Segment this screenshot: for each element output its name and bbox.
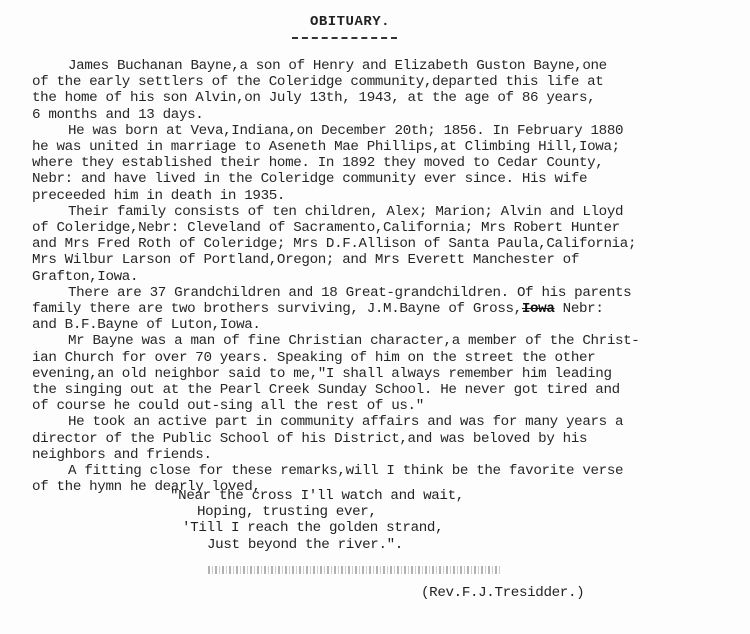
text-line: evening,an old neighbor said to me,"I sh… <box>32 366 732 382</box>
text-line: of course he could out-sing all the rest… <box>32 398 732 414</box>
text-segment: family there are two brothers surviving,… <box>32 301 522 317</box>
paragraph-4: There are 37 Grandchildren and 18 Great-… <box>32 285 732 334</box>
obituary-body: James Buchanan Bayne,a son of Henry and … <box>32 58 732 495</box>
text-line: family there are two brothers surviving,… <box>32 301 732 317</box>
text-line: 6 months and 13 days. <box>32 107 732 123</box>
text-line: ian Church for over 70 years. Speaking o… <box>32 350 732 366</box>
hymn-verse: "Near the cross I'll watch and wait, Hop… <box>0 488 750 553</box>
text-line: of the early settlers of the Coleridge c… <box>32 74 732 90</box>
text-line: and B.F.Bayne of Luton,Iowa. <box>32 317 732 333</box>
paragraph-6: He took an active part in community affa… <box>32 414 732 463</box>
text-line: James Buchanan Bayne,a son of Henry and … <box>32 58 732 74</box>
title-underline <box>292 37 397 39</box>
text-line: Mrs Wilbur Larson of Portland,Oregon; an… <box>32 252 732 268</box>
text-line: Their family consists of ten children, A… <box>32 204 732 220</box>
verse-line: 'Till I reach the golden strand, <box>0 520 750 536</box>
verse-line: "Near the cross I'll watch and wait, <box>0 488 750 504</box>
verse-line: Just beyond the river.". <box>0 537 750 553</box>
text-line: director of the Public School of his Dis… <box>32 431 732 447</box>
text-line: A fitting close for these remarks,will I… <box>32 463 732 479</box>
text-line: of Coleridge,Nebr: Cleveland of Sacramen… <box>32 220 732 236</box>
text-line: Nebr: and have lived in the Coleridge co… <box>32 171 732 187</box>
text-line: Mr Bayne was a man of fine Christian cha… <box>32 333 732 349</box>
paragraph-1: James Buchanan Bayne,a son of Henry and … <box>32 58 732 123</box>
text-line: he was united in marriage to Aseneth Mae… <box>32 139 732 155</box>
paragraph-2: He was born at Veva,Indiana,on December … <box>32 123 732 204</box>
struck-out-word: Iowa <box>522 301 555 317</box>
text-line: and Mrs Fred Roth of Coleridge; Mrs D.F.… <box>32 236 732 252</box>
text-line: preceeded him in death in 1935. <box>32 188 732 204</box>
text-line: There are 37 Grandchildren and 18 Great-… <box>32 285 732 301</box>
paragraph-5: Mr Bayne was a man of fine Christian cha… <box>32 333 732 414</box>
text-line: neighbors and friends. <box>32 447 732 463</box>
text-line: where they established their home. In 18… <box>32 155 732 171</box>
document-title: OBITUARY. <box>0 14 700 30</box>
verse-line: Hoping, trusting ever, <box>0 504 750 520</box>
paragraph-3: Their family consists of ten children, A… <box>32 204 732 285</box>
typed-divider-line <box>208 566 500 574</box>
text-segment: Nebr: <box>555 301 604 317</box>
text-line: the singing out at the Pearl Creek Sunda… <box>32 382 732 398</box>
text-line: Grafton,Iowa. <box>32 269 732 285</box>
text-line: the home of his son Alvin,on July 13th, … <box>32 90 732 106</box>
signature: (Rev.F.J.Tresidder.) <box>421 585 584 601</box>
text-line: He took an active part in community affa… <box>32 414 732 430</box>
text-line: He was born at Veva,Indiana,on December … <box>32 123 732 139</box>
document-page: OBITUARY. James Buchanan Bayne,a son of … <box>0 0 750 634</box>
